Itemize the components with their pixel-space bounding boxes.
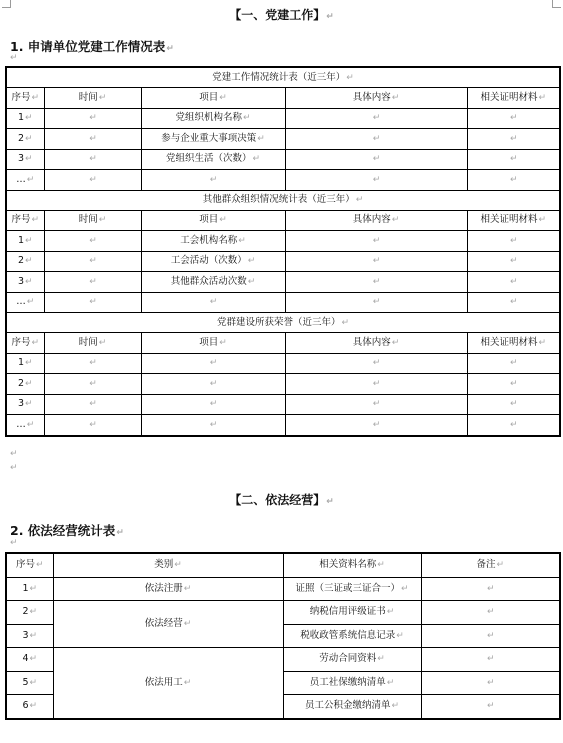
paragraph-mark: ↵ (510, 399, 518, 409)
column-header: 序号↵ (6, 553, 53, 577)
table-header-row: 序号↵类别↵相关资料名称↵备注↵ (6, 553, 560, 577)
column-header-text: 项目 (199, 214, 218, 225)
paragraph-mark: ↵ (346, 73, 354, 83)
time-cell: ↵ (44, 251, 141, 272)
row-number-cell: …↵ (6, 170, 44, 191)
proof-cell: ↵ (467, 251, 560, 272)
time-cell: ↵ (44, 394, 141, 415)
paragraph-mark: ↵ (392, 215, 400, 225)
paragraph-mark: ↵ (496, 560, 504, 570)
paragraph-mark: ↵ (184, 619, 192, 629)
time-cell: ↵ (44, 292, 141, 313)
paragraph-mark: ↵ (401, 584, 409, 594)
table-block-title: 党群建设所获荣誉（近三年）↵ (6, 313, 560, 333)
paragraph-mark: ↵ (219, 338, 227, 348)
proof-cell: ↵ (467, 231, 560, 252)
row-number-cell-text: 3 (18, 276, 24, 287)
paragraph-mark: ↵ (510, 379, 518, 389)
table-row: 2↵↵参与企业重大事项决策↵↵↵ (6, 129, 560, 150)
paragraph-mark: ↵ (99, 93, 107, 103)
proof-cell: ↵ (467, 292, 560, 313)
paragraph-mark: ↵ (219, 93, 227, 103)
content-cell: ↵ (285, 353, 467, 374)
category-cell-text: 依法注册 (145, 583, 183, 594)
paragraph-mark: ↵ (25, 134, 33, 144)
paragraph-mark: ↵ (210, 297, 218, 307)
row-number-cell: 5↵ (6, 671, 53, 695)
table-row: 2↵依法经营↵纳税信用评级证书↵↵ (6, 601, 560, 625)
paragraph-mark: ↵ (392, 338, 400, 348)
paragraph-mark: ↵ (373, 420, 381, 430)
table-row: 1↵依法注册↵证照（三证或三证合一）↵↵ (6, 577, 560, 601)
table-row: 1↵↵工会机构名称↵↵↵ (6, 231, 560, 252)
table-block-title-text: 其他群众组织情况统计表（近三年） (203, 194, 355, 205)
paragraph-mark: ↵ (392, 93, 400, 103)
paragraph-mark: ↵ (184, 678, 192, 688)
paragraph-mark: ↵ (391, 701, 399, 711)
paragraph-mark: ↵ (373, 175, 381, 185)
column-header-text: 时间 (79, 92, 98, 103)
paragraph-mark: ↵ (373, 113, 381, 123)
table-block-title-text: 党群建设所获荣誉（近三年） (217, 317, 341, 328)
item-cell: ↵ (141, 170, 285, 191)
table-block-title-row: 党群建设所获荣誉（近三年）↵ (6, 313, 560, 333)
paragraph-mark: ↵ (25, 277, 33, 287)
column-header: 项目↵ (141, 210, 285, 231)
paragraph-mark: ↵ (356, 195, 364, 205)
paragraph-mark: ↵ (89, 113, 97, 123)
paragraph-mark: ↵ (252, 154, 260, 164)
table-block-title: 党建工作情况统计表（近三年）↵ (6, 67, 560, 88)
content-cell: ↵ (285, 129, 467, 150)
content-cell: ↵ (285, 415, 467, 436)
row-number-cell-text: … (16, 296, 26, 307)
table-block-title: 其他群众组织情况统计表（近三年）↵ (6, 190, 560, 210)
content-cell: ↵ (285, 272, 467, 293)
paragraph-mark: ↵ (25, 154, 33, 164)
table-row: 2↵↵工会活动（次数）↵↵↵ (6, 251, 560, 272)
paragraph-mark: ↵ (89, 420, 97, 430)
paragraph-mark: ↵ (387, 678, 395, 688)
item-cell: ↵ (141, 394, 285, 415)
proof-cell: ↵ (467, 149, 560, 170)
paragraph-mark: ↵ (510, 236, 518, 246)
paragraph-mark: ↵ (25, 236, 33, 246)
paragraph-mark: ↵ (89, 154, 97, 164)
item-cell: ↵ (141, 353, 285, 374)
note-cell: ↵ (421, 624, 560, 648)
category-cell: 依法用工↵ (53, 648, 283, 719)
paragraph-mark: ↵ (377, 654, 385, 664)
time-cell: ↵ (44, 353, 141, 374)
item-cell-text: 党组织机构名称 (175, 112, 242, 123)
column-header: 时间↵ (44, 88, 141, 109)
note-cell: ↵ (421, 695, 560, 719)
content-cell: ↵ (285, 231, 467, 252)
paragraph-mark: ↵ (377, 560, 385, 570)
item-cell-text: 党组织生活（次数） (166, 153, 252, 164)
item-cell: 党组织机构名称↵ (141, 108, 285, 129)
paragraph-mark: ↵ (10, 538, 18, 548)
table-row: 3↵↵其他群众活动次数↵↵↵ (6, 272, 560, 293)
column-header: 项目↵ (141, 88, 285, 109)
table-block-title-row: 其他群众组织情况统计表（近三年）↵ (6, 190, 560, 210)
material-cell-text: 纳税信用评级证书 (310, 606, 386, 617)
paragraph-mark: ↵ (387, 607, 395, 617)
paragraph-mark: ↵ (31, 93, 39, 103)
row-number-cell: 3↵ (6, 149, 44, 170)
paragraph-mark: ↵ (89, 236, 97, 246)
table-row: 3↵↵↵↵↵ (6, 394, 560, 415)
paragraph-mark: ↵ (30, 584, 38, 594)
row-number-cell: 2↵ (6, 601, 53, 625)
row-number-cell-text: 4 (22, 653, 28, 664)
paragraph-mark: ↵ (487, 701, 495, 711)
paragraph-mark: ↵ (25, 399, 33, 409)
paragraph-mark: ↵ (238, 236, 246, 246)
paragraph-mark: ↵ (25, 358, 33, 368)
paragraph-mark: ↵ (342, 318, 350, 328)
row-number-cell: …↵ (6, 415, 44, 436)
item-cell: 其他群众活动次数↵ (141, 272, 285, 293)
paragraph-mark: ↵ (99, 338, 107, 348)
note-cell: ↵ (421, 671, 560, 695)
note-cell: ↵ (421, 648, 560, 672)
column-header-text: 具体内容 (353, 337, 391, 348)
table-row: 1↵↵↵↵↵ (6, 353, 560, 374)
column-header: 时间↵ (44, 210, 141, 231)
content-cell: ↵ (285, 108, 467, 129)
column-header-text: 时间 (79, 214, 98, 225)
table-row: 2↵↵↵↵↵ (6, 374, 560, 395)
paragraph-mark: ↵ (373, 277, 381, 287)
paragraph-mark: ↵ (373, 358, 381, 368)
paragraph-mark: ↵ (487, 631, 495, 641)
paragraph-mark: ↵ (89, 379, 97, 389)
time-cell: ↵ (44, 272, 141, 293)
row-number-cell: 1↵ (6, 231, 44, 252)
time-cell: ↵ (44, 108, 141, 129)
column-header-text: 序号 (11, 337, 30, 348)
paragraph-mark: ↵ (210, 379, 218, 389)
column-header-text: 备注 (476, 559, 495, 570)
paragraph-mark: ↵ (27, 297, 35, 307)
proof-cell: ↵ (467, 353, 560, 374)
paragraph-mark: ↵ (89, 175, 97, 185)
paragraph-mark: ↵ (510, 297, 518, 307)
material-cell: 税收政管系统信息记录↵ (283, 624, 421, 648)
table-header-row: 序号↵时间↵项目↵具体内容↵相关证明材料↵ (6, 333, 560, 354)
proof-cell: ↵ (467, 394, 560, 415)
row-number-cell: …↵ (6, 292, 44, 313)
material-cell: 劳动合同资料↵ (283, 648, 421, 672)
paragraph-mark: ↵ (10, 463, 18, 473)
row-number-cell-text: 2 (18, 255, 24, 266)
column-header: 具体内容↵ (285, 210, 467, 231)
column-header-text: 序号 (16, 559, 35, 570)
paragraph-mark: ↵ (30, 631, 38, 641)
paragraph-mark: ↵ (89, 277, 97, 287)
column-header: 相关证明材料↵ (467, 210, 560, 231)
row-number-cell: 1↵ (6, 353, 44, 374)
paragraph-mark: ↵ (487, 584, 495, 594)
item-cell-text: 参与企业重大事项决策 (161, 133, 256, 144)
paragraph-mark: ↵ (510, 113, 518, 123)
column-header-text: 类别 (154, 559, 173, 570)
row-number-cell: 6↵ (6, 695, 53, 719)
paragraph-mark: ↵ (210, 175, 218, 185)
paragraph-mark: ↵ (25, 256, 33, 266)
material-cell: 员工社保缴纳清单↵ (283, 671, 421, 695)
table-block-title-text: 党建工作情况统计表（近三年） (212, 72, 345, 83)
paragraph-mark: ↵ (510, 358, 518, 368)
table-row: 1↵↵党组织机构名称↵↵↵ (6, 108, 560, 129)
item-cell: 参与企业重大事项决策↵ (141, 129, 285, 150)
row-number-cell-text: 5 (22, 677, 28, 688)
section1-heading: 【一、党建工作】↵ (0, 6, 563, 23)
column-header: 相关资料名称↵ (283, 553, 421, 577)
row-number-cell: 2↵ (6, 251, 44, 272)
paragraph-mark: ↵ (210, 399, 218, 409)
paragraph-mark: ↵ (373, 379, 381, 389)
material-cell: 证照（三证或三证合一）↵ (283, 577, 421, 601)
section1-subheading: 1. 申请单位党建工作情况表↵ (10, 37, 174, 55)
paragraph-mark: ↵ (487, 678, 495, 688)
row-number-cell: 3↵ (6, 624, 53, 648)
column-header-text: 项目 (199, 337, 218, 348)
row-number-cell-text: 6 (22, 700, 28, 711)
proof-cell: ↵ (467, 272, 560, 293)
paragraph-mark: ↵ (373, 236, 381, 246)
category-cell-text: 依法用工 (145, 677, 183, 688)
time-cell: ↵ (44, 415, 141, 436)
item-cell: 党组织生活（次数）↵ (141, 149, 285, 170)
column-header-text: 项目 (199, 92, 218, 103)
column-header: 序号↵ (6, 210, 44, 231)
row-number-cell: 1↵ (6, 108, 44, 129)
material-cell: 纳税信用评级证书↵ (283, 601, 421, 625)
party-building-table: 党建工作情况统计表（近三年）↵序号↵时间↵项目↵具体内容↵相关证明材料↵1↵↵党… (5, 66, 561, 437)
row-number-cell-text: 1 (22, 583, 28, 594)
paragraph-mark: ↵ (89, 358, 97, 368)
item-cell: 工会机构名称↵ (141, 231, 285, 252)
proof-cell: ↵ (467, 129, 560, 150)
column-header: 相关证明材料↵ (467, 333, 560, 354)
paragraph-mark: ↵ (510, 154, 518, 164)
row-number-cell: 1↵ (6, 577, 53, 601)
proof-cell: ↵ (467, 108, 560, 129)
paragraph-mark: ↵ (373, 256, 381, 266)
paragraph-mark: ↵ (25, 379, 33, 389)
column-header-text: 相关证明材料 (480, 337, 537, 348)
paragraph-mark: ↵ (248, 256, 256, 266)
column-header: 时间↵ (44, 333, 141, 354)
column-header-text: 相关资料名称 (319, 559, 376, 570)
table-block-title-row: 党建工作情况统计表（近三年）↵ (6, 67, 560, 88)
row-number-cell-text: 2 (18, 378, 24, 389)
item-cell: ↵ (141, 415, 285, 436)
column-header-text: 时间 (79, 337, 98, 348)
column-header: 相关证明材料↵ (467, 88, 560, 109)
column-header-text: 具体内容 (353, 214, 391, 225)
column-header-text: 相关证明材料 (480, 214, 537, 225)
column-header-text: 序号 (11, 214, 30, 225)
column-header: 具体内容↵ (285, 88, 467, 109)
column-header: 项目↵ (141, 333, 285, 354)
paragraph-mark: ↵ (510, 175, 518, 185)
table-row: 4↵依法用工↵劳动合同资料↵↵ (6, 648, 560, 672)
time-cell: ↵ (44, 129, 141, 150)
paragraph-mark: ↵ (30, 678, 38, 688)
proof-cell: ↵ (467, 415, 560, 436)
paragraph-mark: ↵ (373, 399, 381, 409)
row-number-cell: 4↵ (6, 648, 53, 672)
paragraph-mark: ↵ (210, 358, 218, 368)
item-cell: 工会活动（次数）↵ (141, 251, 285, 272)
note-cell: ↵ (421, 577, 560, 601)
paragraph-mark: ↵ (373, 154, 381, 164)
column-header: 具体内容↵ (285, 333, 467, 354)
column-header-text: 具体内容 (353, 92, 391, 103)
paragraph-mark: ↵ (30, 607, 38, 617)
paragraph-mark: ↵ (89, 256, 97, 266)
row-number-cell-text: … (16, 419, 26, 430)
paragraph-mark: ↵ (25, 113, 33, 123)
paragraph-mark: ↵ (10, 53, 18, 63)
time-cell: ↵ (44, 149, 141, 170)
content-cell: ↵ (285, 149, 467, 170)
paragraph-mark: ↵ (248, 277, 256, 287)
paragraph-mark: ↵ (257, 134, 265, 144)
paragraph-mark: ↵ (30, 654, 38, 664)
paragraph-mark: ↵ (539, 215, 547, 225)
paragraph-mark: ↵ (510, 420, 518, 430)
paragraph-mark: ↵ (210, 420, 218, 430)
table-row: …↵↵↵↵↵ (6, 415, 560, 436)
paragraph-mark: ↵ (243, 113, 251, 123)
paragraph-mark: ↵ (89, 399, 97, 409)
item-cell: ↵ (141, 374, 285, 395)
column-header-text: 相关证明材料 (480, 92, 537, 103)
row-number-cell-text: 2 (18, 133, 24, 144)
paragraph-mark: ↵ (539, 93, 547, 103)
column-header: 类别↵ (53, 553, 283, 577)
material-cell-text: 税收政管系统信息记录 (300, 630, 395, 641)
material-cell-text: 员工社保缴纳清单 (310, 677, 386, 688)
paragraph-mark: ↵ (510, 134, 518, 144)
material-cell: 员工公积金缴纳清单↵ (283, 695, 421, 719)
paragraph-mark: ↵ (89, 134, 97, 144)
paragraph-mark: ↵ (27, 175, 35, 185)
material-cell-text: 劳动合同资料 (319, 653, 376, 664)
category-cell: 依法注册↵ (53, 577, 283, 601)
paragraph-mark: ↵ (31, 215, 39, 225)
row-number-cell: 2↵ (6, 129, 44, 150)
column-header: 备注↵ (421, 553, 560, 577)
column-header: 序号↵ (6, 88, 44, 109)
material-cell-text: 员工公积金缴纳清单 (305, 700, 391, 711)
category-cell-text: 依法经营 (145, 618, 183, 629)
time-cell: ↵ (44, 170, 141, 191)
row-number-cell-text: 3 (18, 153, 24, 164)
paragraph-mark: ↵ (10, 449, 18, 459)
paragraph-mark: ↵ (487, 607, 495, 617)
row-number-cell-text: 3 (22, 630, 28, 641)
paragraph-mark: ↵ (396, 631, 404, 641)
category-cell: 依法经营↵ (53, 601, 283, 648)
row-number-cell-text: 1 (18, 112, 24, 123)
note-cell: ↵ (421, 601, 560, 625)
row-number-cell-text: 1 (18, 235, 24, 246)
paragraph-mark: ↵ (184, 584, 192, 594)
paragraph-mark: ↵ (510, 277, 518, 287)
table-header-row: 序号↵时间↵项目↵具体内容↵相关证明材料↵ (6, 88, 560, 109)
paragraph-mark: ↵ (373, 297, 381, 307)
column-header: 序号↵ (6, 333, 44, 354)
section2-heading: 【二、依法经营】↵ (0, 491, 563, 508)
proof-cell: ↵ (467, 374, 560, 395)
item-cell: ↵ (141, 292, 285, 313)
paragraph-mark: ↵ (373, 134, 381, 144)
content-cell: ↵ (285, 251, 467, 272)
row-number-cell-text: 3 (18, 398, 24, 409)
table-row: 3↵↵党组织生活（次数）↵↵↵ (6, 149, 560, 170)
content-cell: ↵ (285, 170, 467, 191)
proof-cell: ↵ (467, 170, 560, 191)
row-number-cell: 3↵ (6, 394, 44, 415)
paragraph-mark: ↵ (174, 560, 182, 570)
paragraph-mark: ↵ (539, 338, 547, 348)
time-cell: ↵ (44, 374, 141, 395)
paragraph-mark: ↵ (99, 215, 107, 225)
item-cell-text: 工会机构名称 (180, 235, 237, 246)
material-cell-text: 证照（三证或三证合一） (295, 583, 400, 594)
paragraph-mark: ↵ (487, 654, 495, 664)
paragraph-mark: ↵ (219, 215, 227, 225)
row-number-cell: 2↵ (6, 374, 44, 395)
paragraph-mark: ↵ (27, 420, 35, 430)
row-number-cell-text: … (16, 174, 26, 185)
section2-subheading: 2. 依法经营统计表↵ (10, 521, 124, 539)
time-cell: ↵ (44, 231, 141, 252)
item-cell-text: 其他群众活动次数 (171, 276, 247, 287)
table-header-row: 序号↵时间↵项目↵具体内容↵相关证明材料↵ (6, 210, 560, 231)
item-cell-text: 工会活动（次数） (171, 255, 247, 266)
content-cell: ↵ (285, 394, 467, 415)
paragraph-mark: ↵ (36, 560, 44, 570)
paragraph-mark: ↵ (510, 256, 518, 266)
row-number-cell-text: 2 (22, 606, 28, 617)
table-row: …↵↵↵↵↵ (6, 170, 560, 191)
paragraph-mark: ↵ (89, 297, 97, 307)
paragraph-mark: ↵ (31, 338, 39, 348)
legal-operation-table: 序号↵类别↵相关资料名称↵备注↵1↵依法注册↵证照（三证或三证合一）↵↵2↵依法… (5, 552, 561, 720)
column-header-text: 序号 (11, 92, 30, 103)
content-cell: ↵ (285, 292, 467, 313)
row-number-cell: 3↵ (6, 272, 44, 293)
content-cell: ↵ (285, 374, 467, 395)
paragraph-mark: ↵ (30, 701, 38, 711)
table-row: …↵↵↵↵↵ (6, 292, 560, 313)
row-number-cell-text: 1 (18, 357, 24, 368)
